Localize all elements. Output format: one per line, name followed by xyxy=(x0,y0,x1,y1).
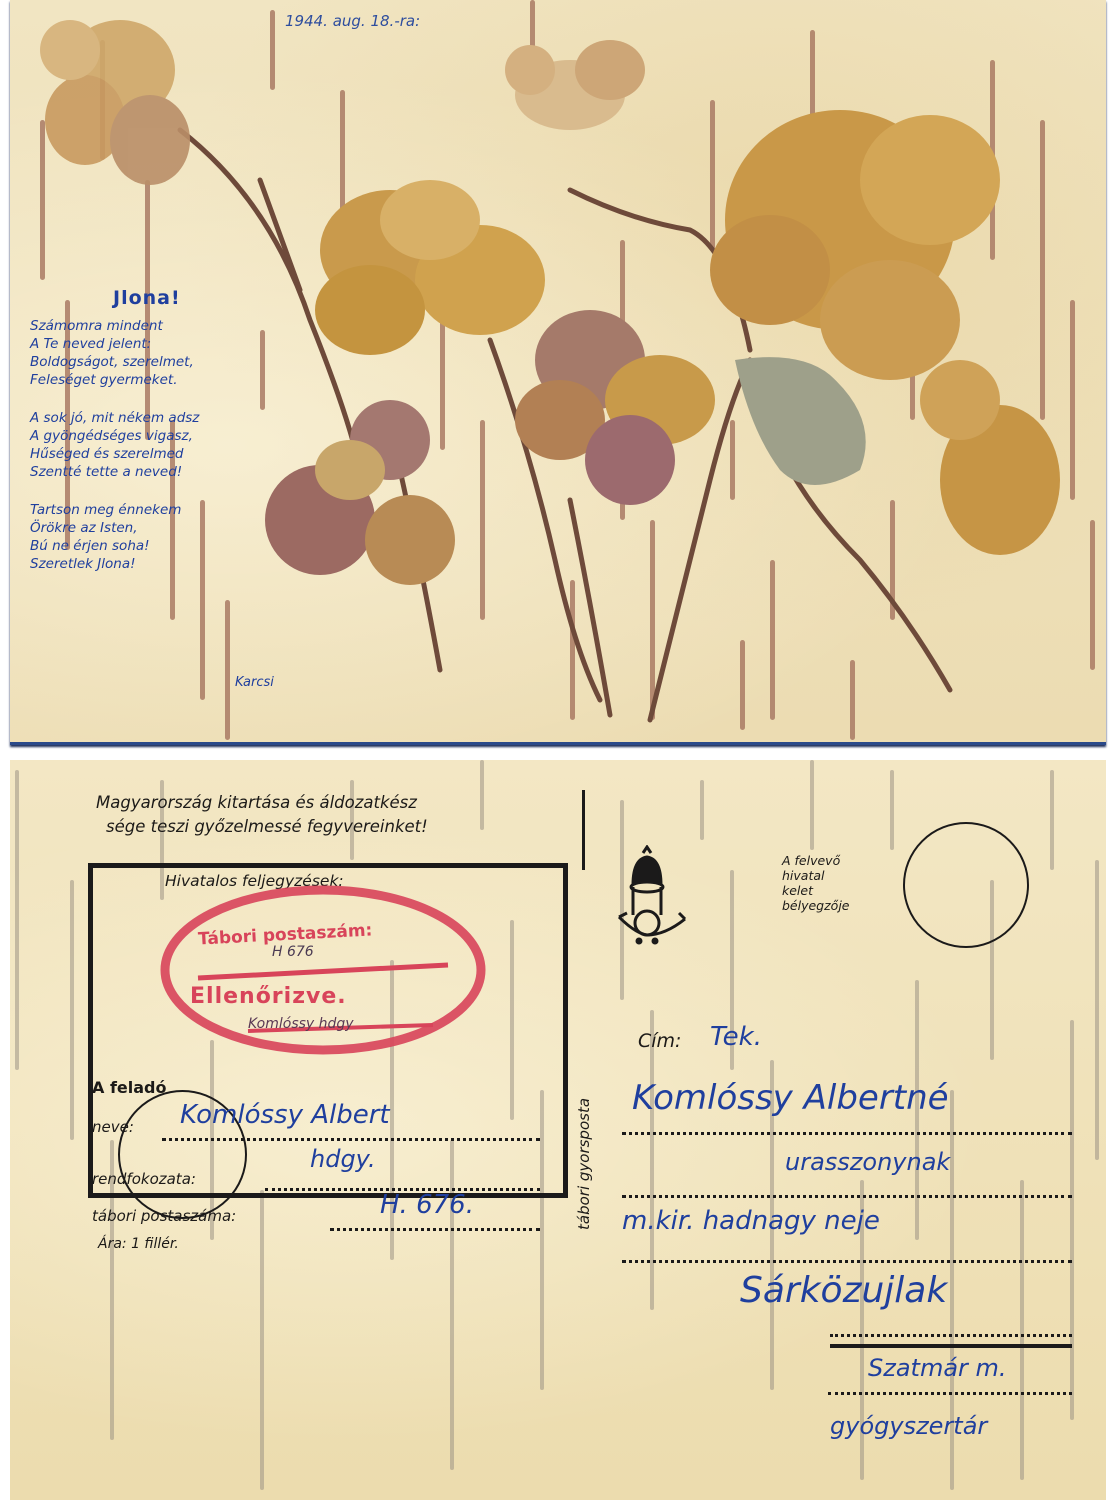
bark-streak xyxy=(260,1190,264,1490)
dotted-line xyxy=(830,1334,1072,1337)
stamp-text-line-2: Ellenőrizve. xyxy=(190,984,347,1009)
bark-streak xyxy=(890,770,894,850)
address-line-5: Sárközujlak xyxy=(740,1270,947,1311)
poem-line: Szentté tette a neved! xyxy=(30,464,182,480)
dotted-line xyxy=(330,1228,540,1231)
sender-title: A feladó xyxy=(92,1078,167,1097)
address-line-1: Tek. xyxy=(710,1022,762,1052)
address-line-7: gyógyszertár xyxy=(830,1412,987,1440)
bark-streak xyxy=(1050,770,1054,870)
slogan-line-2: sége teszi győzelmessé fegyvereinket! xyxy=(106,817,428,836)
stamp-signature: Komlóssy hdgy xyxy=(248,1016,354,1032)
bark-streak xyxy=(700,780,704,840)
address-label: Cím: xyxy=(638,1030,681,1052)
poem-line: Szeretlek Jlona! xyxy=(30,556,136,572)
bark-streak xyxy=(1095,860,1099,1160)
postmark-circle-right xyxy=(903,822,1029,948)
bark-streak xyxy=(1070,1020,1074,1420)
slogan-line-1: Magyarország kitartása és áldozatkész xyxy=(96,793,417,812)
poem-line: A gyöngédséges vigasz, xyxy=(30,428,193,444)
bark-streak xyxy=(70,880,74,1140)
sender-fieldpost-label: tábori postaszáma: xyxy=(92,1207,236,1225)
poem-line: Örökre az Isten, xyxy=(30,520,138,536)
price-text: Ára: 1 fillér. xyxy=(98,1236,179,1252)
sender-rank-label: rendfokozata: xyxy=(92,1170,196,1188)
underline-bar xyxy=(830,1344,1072,1348)
poem-line: A sok jó, mit nékem adsz xyxy=(30,410,199,426)
dotted-line xyxy=(622,1260,1072,1263)
poem-line: Hűséged és szerelmed xyxy=(30,446,183,462)
address-line-4: m.kir. hadnagy neje xyxy=(622,1206,880,1236)
address-line-2: Komlóssy Albertné xyxy=(632,1078,949,1118)
receiving-office-postmark-note: A felvevő hivatal kelet bélyegzője xyxy=(782,853,850,913)
dotted-line xyxy=(622,1132,1072,1135)
poem-line: Tartson meg énnekem xyxy=(30,502,181,518)
dotted-line xyxy=(828,1392,1072,1395)
dotted-line xyxy=(622,1195,1072,1198)
poem-line: Bú ne érjen soha! xyxy=(30,538,150,554)
sender-name-label: neve: xyxy=(92,1118,134,1136)
stamp-field-number: H 676 xyxy=(272,944,314,960)
bark-streak xyxy=(650,1010,654,1310)
poem-line: Számomra mindent xyxy=(30,318,163,334)
sender-name-value: Komlóssy Albert xyxy=(180,1100,390,1130)
field-express-post-label: tábori gyorsposta xyxy=(575,1098,593,1230)
signature: Karcsi xyxy=(235,675,274,690)
address-line-6: Szatmár m. xyxy=(868,1354,1007,1382)
poem-line: Boldogságot, szerelmet, xyxy=(30,354,194,370)
postcard-back: Magyarország kitartása és áldozatkész sé… xyxy=(10,760,1106,1500)
salutation: Jlona! xyxy=(113,287,181,309)
poem-line: A Te neved jelent: xyxy=(30,336,151,352)
bark-streak xyxy=(810,760,814,850)
divider-line xyxy=(582,790,585,870)
sender-rank-value: hdgy. xyxy=(310,1145,376,1173)
bark-streak xyxy=(480,760,484,830)
sender-fieldpost-value: H. 676. xyxy=(380,1190,474,1220)
address-line-3: urasszonynak xyxy=(785,1148,950,1176)
pressed-flowers-icon xyxy=(10,0,1106,742)
bark-streak xyxy=(1020,1180,1024,1480)
postcard-front: 1944. aug. 18.-ra: xyxy=(10,0,1106,745)
holy-crown-posthorn-icon xyxy=(615,845,695,955)
dotted-line xyxy=(162,1138,540,1141)
bark-streak xyxy=(15,770,19,1070)
poem-line: Feleséget gyermeket. xyxy=(30,372,178,388)
